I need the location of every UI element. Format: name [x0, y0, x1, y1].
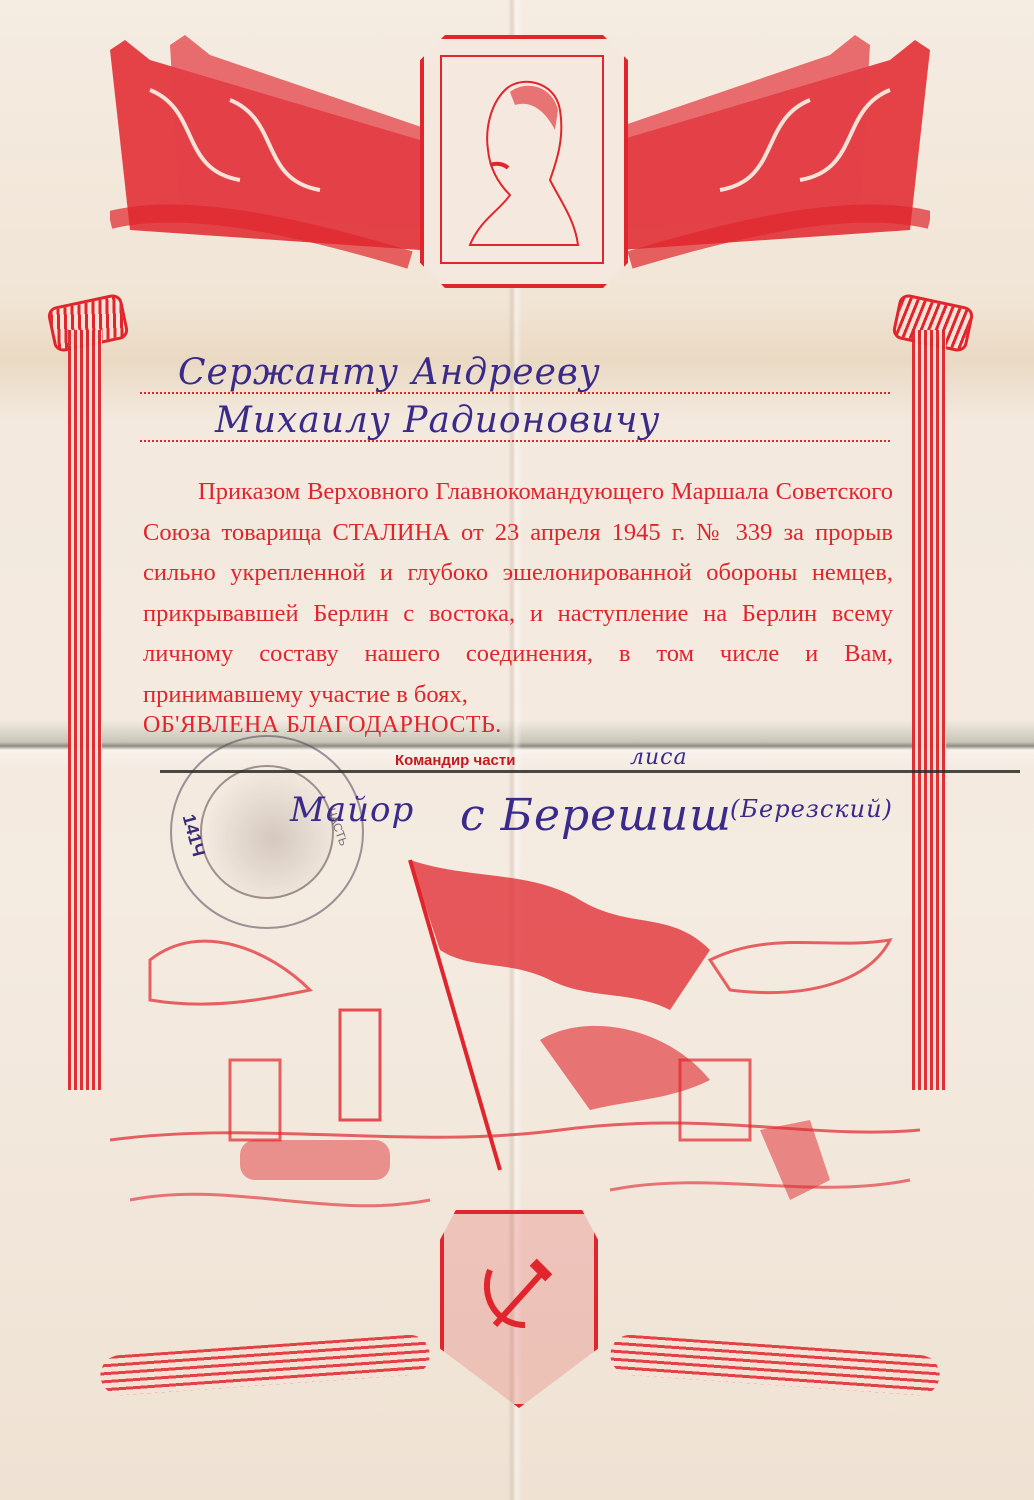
flags-left-ornament: [110, 30, 440, 270]
hammer-sickle-icon: [470, 1250, 560, 1340]
citation-text: Приказом Верховного Главнокомандующего М…: [143, 472, 893, 715]
citation-paragraph: Приказом Верховного Главнокомандующего М…: [143, 478, 893, 708]
portrait-icon: [460, 70, 580, 250]
border-column-left: [68, 330, 102, 1090]
signature-handwritten: с Берешиш: [460, 790, 732, 841]
commander-label: Командир части: [395, 752, 515, 769]
signature-rank: Майор: [290, 790, 414, 830]
recipient-name-patronymic: Михаилу Радионовичу: [215, 400, 660, 441]
flags-right-ornament: [600, 30, 930, 270]
recipient-rank-surname: Сержанту Андреeву: [178, 352, 601, 393]
signature-scribble: лиса: [630, 745, 688, 770]
gratitude-declaration: ОБ'ЯВЛЕНА БЛАГОДАРНОСТЬ.: [143, 712, 502, 739]
signature-rule: [160, 770, 1020, 773]
signature-name: (Березский): [730, 795, 893, 823]
